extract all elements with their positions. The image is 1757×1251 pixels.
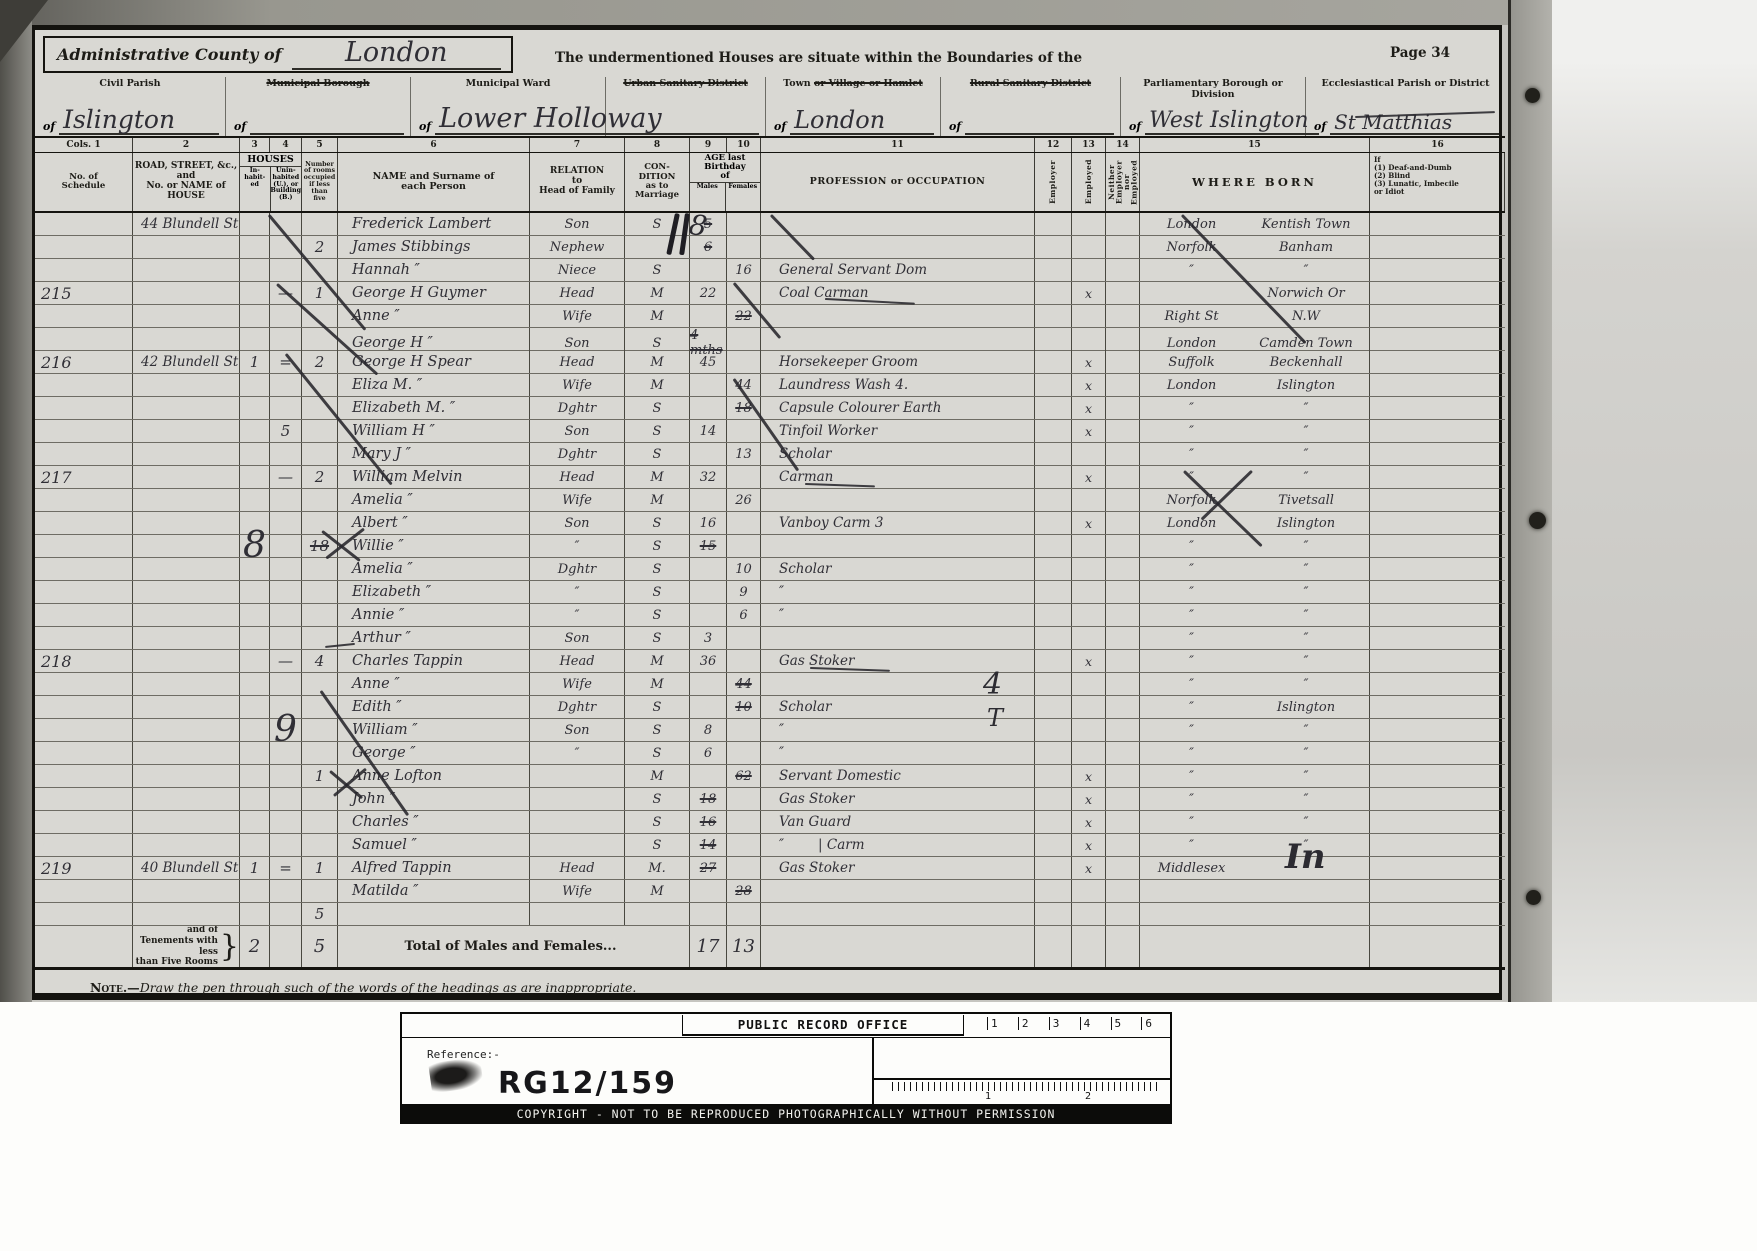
- cell-inh: [240, 236, 270, 258]
- cell-infirm: [1370, 834, 1505, 856]
- cell-condition: S: [625, 719, 690, 741]
- cell-neither: [1106, 765, 1140, 787]
- cell-occupation: General Servant Dom: [761, 259, 1035, 281]
- cell-rooms: [302, 512, 338, 534]
- cell-relation: Head: [530, 351, 625, 373]
- cell-neither: [1106, 397, 1140, 419]
- table-row: 215—1George H GuymerHeadM22Coal CarmanxN…: [35, 282, 1505, 305]
- cell-employer: [1035, 535, 1072, 557]
- totals-empty: [35, 926, 133, 967]
- situate-text: The undermentioned Houses are situate wi…: [555, 50, 1082, 66]
- boundary-field-1: Municipal Boroughof: [225, 77, 410, 136]
- cell-neither: [1106, 650, 1140, 672]
- totals-females: 13: [727, 926, 761, 967]
- cell-age_f: [727, 903, 761, 925]
- cell-infirm: [1370, 305, 1505, 327]
- cell-age_m: [690, 903, 727, 925]
- ruler-ticks: [892, 1082, 1162, 1091]
- cell-name: Amelia ″: [338, 558, 530, 580]
- cell-schedule: [35, 535, 133, 557]
- col-number: Cols. 1: [35, 138, 133, 152]
- cell-relation: Son: [530, 627, 625, 649]
- cell-infirm: [1370, 397, 1505, 419]
- cell-born: ″Islington: [1140, 696, 1370, 718]
- table-row: 218—4Charles TappinHeadM36Gas Stokerx″″: [35, 650, 1505, 673]
- table-row: Anne ″WifeM44″″: [35, 673, 1505, 696]
- cell-relation: ″: [530, 581, 625, 603]
- cell-employed: x: [1072, 351, 1106, 373]
- cell-address: [133, 466, 240, 488]
- cell-employed: [1072, 213, 1106, 235]
- table-row: Matilda ″WifeM28: [35, 880, 1505, 903]
- cell-age_f: [727, 351, 761, 373]
- cell-infirm: [1370, 236, 1505, 258]
- cell-infirm: [1370, 650, 1505, 672]
- cell-schedule: [35, 604, 133, 626]
- cell-born: ″″: [1140, 719, 1370, 741]
- column-headers-row: No. of Schedule ROAD, STREET, &c., and N…: [35, 153, 1505, 213]
- cell-condition: S: [625, 742, 690, 764]
- cell-condition: M: [625, 673, 690, 695]
- scan-edge-right: [1508, 0, 1552, 1005]
- cell-employer: [1035, 811, 1072, 833]
- pen-scrawl-text: T: [987, 706, 1003, 730]
- cell-age_f: 28: [727, 880, 761, 902]
- table-row: 2James StibbingsNephew6NorfolkBanham: [35, 236, 1505, 259]
- cell-name: Albert ″: [338, 512, 530, 534]
- cell-born: Right StN.W: [1140, 305, 1370, 327]
- boundary-field-7: Ecclesiastical Parish or DistrictofSt Ma…: [1305, 77, 1505, 136]
- cell-relation: Wife: [530, 673, 625, 695]
- cell-age_f: [727, 512, 761, 534]
- cell-inh: [240, 673, 270, 695]
- col-number: 7: [530, 138, 625, 152]
- boundaries-band: Civil ParishofIslingtonMunicipal Borough…: [35, 77, 1505, 136]
- cell-born: ″″: [1140, 627, 1370, 649]
- cell-condition: S: [625, 397, 690, 419]
- cell-employer: [1035, 673, 1072, 695]
- table-row: 818Willie ″″S15″″: [35, 535, 1505, 558]
- cell-name: Amelia ″: [338, 489, 530, 511]
- cell-schedule: [35, 765, 133, 787]
- cell-occupation: ″: [761, 742, 1035, 764]
- cell-employed: x: [1072, 788, 1106, 810]
- cell-infirm: [1370, 811, 1505, 833]
- cell-employed: [1072, 696, 1106, 718]
- cell-rooms: [302, 581, 338, 603]
- col-number: 12: [1035, 138, 1072, 152]
- cell-uninh: [270, 627, 302, 649]
- cell-born: ″″: [1140, 259, 1370, 281]
- cell-name: Eliza M. ″: [338, 374, 530, 396]
- cell-age_m: 22: [690, 282, 727, 304]
- cell-inh: [240, 443, 270, 465]
- punch-hole: [1525, 88, 1540, 103]
- cell-name: Arthur ″: [338, 627, 530, 649]
- cell-employer: [1035, 857, 1072, 879]
- cell-age_f: [727, 213, 761, 235]
- cell-born: ″″: [1140, 788, 1370, 810]
- cell-age_f: [727, 535, 761, 557]
- table-row: George H ″SonS4 mthsLondonCamden Town: [35, 328, 1505, 351]
- cell-infirm: [1370, 259, 1505, 281]
- cell-schedule: [35, 719, 133, 741]
- boundary-field-4: Town or Village or HamletofLondon: [765, 77, 940, 136]
- cell-employed: [1072, 305, 1106, 327]
- cell-employed: x: [1072, 857, 1106, 879]
- cell-neither: [1106, 512, 1140, 534]
- cell-condition: M: [625, 374, 690, 396]
- cell-schedule: [35, 443, 133, 465]
- cell-born: ″″: [1140, 581, 1370, 603]
- cell-address: [133, 420, 240, 442]
- cell-neither: [1106, 374, 1140, 396]
- cell-schedule: 216: [35, 351, 133, 373]
- cell-rooms: [302, 213, 338, 235]
- cell-relation: Son: [530, 719, 625, 741]
- cell-address: [133, 742, 240, 764]
- cell-inh: [240, 811, 270, 833]
- cell-age_f: [727, 236, 761, 258]
- cell-schedule: [35, 489, 133, 511]
- cell-name: Anne Lofton: [338, 765, 530, 787]
- admin-county-box: Administrative County of London: [43, 36, 513, 73]
- cell-inh: 1: [240, 857, 270, 879]
- cell-neither: [1106, 627, 1140, 649]
- cell-address: [133, 259, 240, 281]
- cell-occupation: Van Guard: [761, 811, 1035, 833]
- header-uninhabited: Unin- habited (U.), or Building (B.): [270, 167, 301, 211]
- table-row: 1Anne LoftonM62Servant Domesticx″″: [35, 765, 1505, 788]
- cell-rooms: [302, 604, 338, 626]
- cell-uninh: [270, 811, 302, 833]
- cell-schedule: [35, 834, 133, 856]
- header-name: NAME and Surname of each Person: [338, 153, 530, 211]
- cell-born: LondonIslington: [1140, 374, 1370, 396]
- cell-name: Matilda ″: [338, 880, 530, 902]
- cell-address: [133, 282, 240, 304]
- cell-employer: [1035, 466, 1072, 488]
- col-number: 6: [338, 138, 530, 152]
- cell-address: 40 Blundell St: [133, 857, 240, 879]
- cell-age_m: [690, 397, 727, 419]
- cell-employer: [1035, 604, 1072, 626]
- cell-inh: [240, 696, 270, 718]
- cell-infirm: [1370, 351, 1505, 373]
- header-road: ROAD, STREET, &c., and No. or NAME of HO…: [133, 153, 240, 211]
- cell-inh: [240, 880, 270, 902]
- cell-neither: [1106, 489, 1140, 511]
- boundary-label: Urban Sanitary District: [606, 79, 765, 90]
- cell-schedule: [35, 581, 133, 603]
- cell-occupation: Carman: [761, 466, 1035, 488]
- cell-born: ″″: [1140, 650, 1370, 672]
- cell-employer: [1035, 765, 1072, 787]
- cell-address: [133, 788, 240, 810]
- cell-address: 44 Blundell St: [133, 213, 240, 235]
- boundary-label: Civil Parish: [35, 79, 225, 90]
- cell-employed: [1072, 489, 1106, 511]
- cell-age_f: 16: [727, 259, 761, 281]
- cell-uninh: [270, 512, 302, 534]
- cell-schedule: [35, 742, 133, 764]
- table-row: Mary J ″DghtrS13Scholar″″: [35, 443, 1505, 466]
- cell-condition: S: [625, 558, 690, 580]
- cell-born: ″″: [1140, 443, 1370, 465]
- cell-condition: S: [625, 696, 690, 718]
- cell-occupation: Servant Domestic: [761, 765, 1035, 787]
- cell-address: [133, 443, 240, 465]
- cell-uninh: —: [270, 650, 302, 672]
- col-number: 8: [625, 138, 690, 152]
- cell-relation: Wife: [530, 880, 625, 902]
- table-row: Charles ″S16Van Guardx″″: [35, 811, 1505, 834]
- cell-occupation: Gas Stoker: [761, 857, 1035, 879]
- cell-inh: [240, 374, 270, 396]
- cell-age_m: 15: [690, 535, 727, 557]
- cell-employed: x: [1072, 512, 1106, 534]
- boundary-value: West Islington: [1145, 110, 1319, 135]
- admin-county-label: Administrative County of: [57, 45, 282, 64]
- cell-employed: x: [1072, 466, 1106, 488]
- cell-relation: Dghtr: [530, 397, 625, 419]
- cell-born: ″″: [1140, 742, 1370, 764]
- cell-infirm: [1370, 282, 1505, 304]
- cell-uninh: [270, 489, 302, 511]
- cell-occupation: ″| Carm: [761, 834, 1035, 856]
- cell-address: [133, 604, 240, 626]
- cell-infirm: [1370, 673, 1505, 695]
- cell-age_m: 36: [690, 650, 727, 672]
- cell-born: ″″: [1140, 420, 1370, 442]
- cell-schedule: 218: [35, 650, 133, 672]
- cell-age_f: [727, 857, 761, 879]
- scan-edge-top: [0, 0, 1510, 25]
- cell-age_f: 10: [727, 696, 761, 718]
- punch-hole: [1526, 890, 1541, 905]
- cell-rooms: 5: [302, 903, 338, 925]
- header-inhabited: In- habit- ed: [240, 167, 270, 211]
- cell-born: ″″: [1140, 834, 1370, 856]
- cell-occupation: Horsekeeper Groom: [761, 351, 1035, 373]
- col-number: 10: [727, 138, 761, 152]
- cell-name: Charles Tappin: [338, 650, 530, 672]
- cell-schedule: [35, 696, 133, 718]
- cell-employer: [1035, 213, 1072, 235]
- cell-condition: S: [625, 512, 690, 534]
- header-neither: Neither Employer nor Employed: [1106, 153, 1140, 211]
- cell-age_f: [727, 742, 761, 764]
- cell-relation: Head: [530, 650, 625, 672]
- cell-uninh: [270, 443, 302, 465]
- cell-rooms: 1: [302, 857, 338, 879]
- col-number: 13: [1072, 138, 1106, 152]
- cell-condition: S: [625, 627, 690, 649]
- cell-employed: [1072, 581, 1106, 603]
- cell-rooms: [302, 489, 338, 511]
- cell-rooms: [302, 558, 338, 580]
- cell-age_m: 6: [690, 742, 727, 764]
- cell-address: [133, 627, 240, 649]
- cell-name: Alfred Tappin: [338, 857, 530, 879]
- cell-employer: [1035, 650, 1072, 672]
- cell-infirm: [1370, 213, 1505, 235]
- cell-inh: [240, 834, 270, 856]
- col-number: 14: [1106, 138, 1140, 152]
- cell-infirm: [1370, 627, 1505, 649]
- cell-employed: [1072, 673, 1106, 695]
- punch-hole: [1529, 512, 1546, 529]
- header-age-group: AGE last Birthday of Males Females: [690, 153, 761, 211]
- table-row: Elizabeth ″″S9″″″: [35, 581, 1505, 604]
- cell-rooms: [302, 880, 338, 902]
- cell-schedule: [35, 397, 133, 419]
- cell-occupation: [761, 535, 1035, 557]
- cell-address: [133, 489, 240, 511]
- cell-condition: S: [625, 535, 690, 557]
- cell-name: William ″: [338, 719, 530, 741]
- cell-schedule: [35, 374, 133, 396]
- cell-employer: [1035, 696, 1072, 718]
- cell-address: [133, 558, 240, 580]
- table-row: 9William ″SonS8″″″: [35, 719, 1505, 742]
- cell-address: [133, 512, 240, 534]
- cell-condition: S: [625, 443, 690, 465]
- cell-employed: x: [1072, 282, 1106, 304]
- admin-county-value: London: [292, 39, 501, 70]
- cell-schedule: [35, 627, 133, 649]
- cell-neither: [1106, 351, 1140, 373]
- cell-employed: x: [1072, 374, 1106, 396]
- cell-occupation: [761, 213, 1035, 235]
- cell-employed: [1072, 742, 1106, 764]
- cell-infirm: [1370, 903, 1505, 925]
- cell-schedule: [35, 903, 133, 925]
- cell-uninh: [270, 604, 302, 626]
- cell-relation: Dghtr: [530, 443, 625, 465]
- cell-rooms: [302, 788, 338, 810]
- cell-condition: S: [625, 259, 690, 281]
- cell-condition: M: [625, 351, 690, 373]
- cell-schedule: [35, 811, 133, 833]
- cell-age_f: 10: [727, 558, 761, 580]
- cell-born: NorfolkBanham: [1140, 236, 1370, 258]
- cell-neither: [1106, 834, 1140, 856]
- table-row: Annie ″″S6″″″: [35, 604, 1505, 627]
- cell-infirm: [1370, 857, 1505, 879]
- footer-note: Note.—Draw the pen through such of the w…: [90, 980, 636, 995]
- cell-infirm: [1370, 535, 1505, 557]
- cell-relation: Head: [530, 466, 625, 488]
- col-number: 5: [302, 138, 338, 152]
- cell-neither: [1106, 420, 1140, 442]
- cell-name: Hannah ″: [338, 259, 530, 281]
- cell-neither: [1106, 443, 1140, 465]
- header-houses: HOUSES: [240, 153, 301, 167]
- table-row: Hannah ″NieceS16General Servant Dom″″: [35, 259, 1505, 282]
- cell-age_m: [690, 374, 727, 396]
- boundary-value: Islington: [59, 107, 185, 135]
- cell-neither: [1106, 236, 1140, 258]
- cell-schedule: [35, 558, 133, 580]
- totals-males-females-label: Total of Males and Females...: [338, 926, 690, 967]
- cell-employed: x: [1072, 397, 1106, 419]
- cell-occupation: ″: [761, 604, 1035, 626]
- cell-employer: [1035, 305, 1072, 327]
- table-row: 21642 Blundell St1=2George H SpearHeadM4…: [35, 351, 1505, 374]
- cell-rooms: [302, 420, 338, 442]
- header-age-males: Males: [690, 183, 725, 211]
- header-condition: CON- DITION as to Marriage: [625, 153, 690, 211]
- cell-age_f: 6: [727, 604, 761, 626]
- cell-uninh: [270, 259, 302, 281]
- cell-occupation: ″: [761, 581, 1035, 603]
- cell-infirm: [1370, 604, 1505, 626]
- cell-age_m: 14: [690, 420, 727, 442]
- cell-employed: [1072, 443, 1106, 465]
- cell-inh: [240, 765, 270, 787]
- cell-uninh: 9: [270, 719, 302, 741]
- table-row: Amelia ″WifeM26NorfolkTivetsall: [35, 489, 1505, 512]
- cell-schedule: [35, 788, 133, 810]
- cell-born: [1140, 880, 1370, 902]
- cell-uninh: [270, 765, 302, 787]
- cell-name: William H ″: [338, 420, 530, 442]
- cell-employer: [1035, 581, 1072, 603]
- cell-born: ″″: [1140, 765, 1370, 787]
- cell-name: Anne ″: [338, 305, 530, 327]
- cell-name: George H Guymer: [338, 282, 530, 304]
- cell-neither: [1106, 535, 1140, 557]
- boundary-label: Rural Sanitary District: [941, 79, 1120, 90]
- cell-condition: M: [625, 282, 690, 304]
- cell-name: Samuel ″: [338, 834, 530, 856]
- cell-occupation: Capsule Colourer Earth: [761, 397, 1035, 419]
- cell-infirm: [1370, 581, 1505, 603]
- cell-inh: [240, 627, 270, 649]
- header-relation: RELATION to Head of Family: [530, 153, 625, 211]
- cell-address: [133, 673, 240, 695]
- stamp-card: PUBLIC RECORD OFFICE 1 2 3 4 5 6 Referen…: [400, 1012, 1172, 1124]
- cell-infirm: [1370, 765, 1505, 787]
- cell-born: ″″: [1140, 558, 1370, 580]
- copyright-bar: COPYRIGHT - NOT TO BE REPRODUCED PHOTOGR…: [402, 1104, 1170, 1124]
- cell-address: 42 Blundell St: [133, 351, 240, 373]
- ruler-lower-number: 1: [985, 1091, 991, 1102]
- cell-neither: [1106, 857, 1140, 879]
- cell-schedule: 217: [35, 466, 133, 488]
- cell-occupation: Laundress Wash 4.: [761, 374, 1035, 396]
- cell-name: Charles ″: [338, 811, 530, 833]
- cell-age_m: [690, 558, 727, 580]
- header-rooms: Number of rooms occupied if less than fi…: [302, 153, 338, 211]
- cell-schedule: [35, 673, 133, 695]
- cell-age_f: [727, 627, 761, 649]
- cell-relation: Dghtr: [530, 696, 625, 718]
- cell-age_m: [690, 880, 727, 902]
- boundary-field-2: Municipal WardofLower Holloway: [410, 77, 605, 136]
- cell-born: Middlesex: [1140, 857, 1370, 879]
- cell-relation: ″: [530, 604, 625, 626]
- col-number: 3: [240, 138, 270, 152]
- cell-neither: [1106, 213, 1140, 235]
- brace-glyph: }: [220, 929, 239, 964]
- cell-age_m: 18: [690, 788, 727, 810]
- cell-neither: [1106, 788, 1140, 810]
- cell-age_f: 62: [727, 765, 761, 787]
- cell-born: ″″: [1140, 673, 1370, 695]
- cell-relation: [530, 811, 625, 833]
